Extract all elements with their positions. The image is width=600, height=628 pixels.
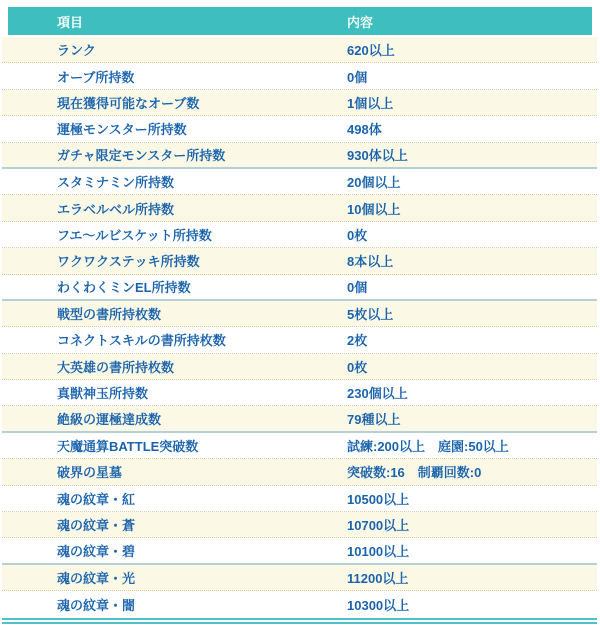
value-cell: 1個以上 (347, 93, 597, 112)
table-row: 現在獲得可能なオーブ数 1個以上 (2, 90, 597, 116)
value-cell: 79種以上 (347, 409, 597, 428)
item-cell: スタミナミン所持数 (2, 172, 347, 191)
item-cell: 魂の紋章・碧 (2, 541, 347, 560)
table-row: 魂の紋章・光 11200以上 (2, 565, 597, 591)
value-cell: 10300以上 (347, 595, 597, 614)
table-row: 絶級の運極達成数 79種以上 (2, 406, 597, 432)
value-cell: 2枚 (347, 330, 597, 349)
value-cell: 0枚 (347, 225, 597, 244)
value-cell: 620以上 (347, 40, 597, 59)
item-cell: 絶級の運極達成数 (2, 409, 347, 428)
table-row: 大英雄の書所持枚数 0枚 (2, 354, 597, 380)
table-row: 破界の星墓 突破数:16 制覇回数:0 (2, 459, 597, 485)
table-row: ワクワクステッキ所持数 8本以上 (2, 248, 597, 274)
item-cell: 真獣神玉所持数 (2, 383, 347, 402)
table-body: ランク 620以上 オーブ所持数 0個 現在獲得可能なオーブ数 1個以上 運極モ… (2, 37, 597, 624)
table-row: 魂の紋章・碧 10100以上 (2, 538, 597, 564)
value-cell: 0個 (347, 67, 597, 86)
stats-table: 項目 内容 ランク 620以上 オーブ所持数 0個 現在獲得可能なオーブ数 1個… (2, 7, 597, 624)
value-cell: 0個 (347, 277, 597, 296)
value-cell: 930体以上 (347, 145, 597, 164)
header-value-label: 内容 (347, 12, 592, 31)
table-row: 魂の紋章・紅 10500以上 (2, 486, 597, 512)
value-cell: 10100以上 (347, 541, 597, 560)
value-cell: 20個以上 (347, 172, 597, 191)
value-cell: 498体 (347, 119, 597, 138)
table-row: コネクトスキルの書所持枚数 2枚 (2, 327, 597, 353)
table-row: 運極モンスター所持数 498体 (2, 116, 597, 142)
value-cell: 突破数:16 制覇回数:0 (347, 462, 597, 481)
value-cell: 11200以上 (347, 568, 597, 587)
item-cell: エラベルベル所持数 (2, 199, 347, 218)
value-cell: 8本以上 (347, 251, 597, 270)
table-row: 魂の紋章・闇 10300以上 (2, 591, 597, 617)
item-cell: 運極モンスター所持数 (2, 119, 347, 138)
table-row: 天魔通算BATTLE突破数 試練:200以上 庭園:50以上 (2, 433, 597, 459)
table-header: 項目 内容 (8, 7, 592, 35)
table-row: スタミナミン所持数 20個以上 (2, 169, 597, 195)
table-row: ランク 620以上 (2, 37, 597, 63)
value-cell: 5枚以上 (347, 304, 597, 323)
item-cell: 破界の星墓 (2, 462, 347, 481)
item-cell: フエ～ルビスケット所持数 (2, 225, 347, 244)
value-cell: 試練:200以上 庭園:50以上 (347, 436, 597, 455)
value-cell: 10個以上 (347, 199, 597, 218)
header-item-label: 項目 (8, 12, 347, 31)
table-row: 戦型の書所持枚数 5枚以上 (2, 301, 597, 327)
item-cell: 天魔通算BATTLE突破数 (2, 436, 347, 455)
table-row: 魂の紋章・蒼 10700以上 (2, 512, 597, 538)
item-cell: わくわくミンEL所持数 (2, 277, 347, 296)
table-row: エラベルベル所持数 10個以上 (2, 195, 597, 221)
item-cell: 魂の紋章・光 (2, 568, 347, 587)
table-row: 真獣神玉所持数 230個以上 (2, 380, 597, 406)
item-cell: オーブ所持数 (2, 67, 347, 86)
item-cell: 魂の紋章・蒼 (2, 515, 347, 534)
table-row: フエ～ルビスケット所持数 0枚 (2, 222, 597, 248)
item-cell: 現在獲得可能なオーブ数 (2, 93, 347, 112)
item-cell: ガチャ限定モンスター所持数 (2, 145, 347, 164)
table-row: オーブ所持数 0個 (2, 63, 597, 89)
item-cell: 魂の紋章・闇 (2, 595, 347, 614)
value-cell: 10500以上 (347, 489, 597, 508)
value-cell: 230個以上 (347, 383, 597, 402)
item-cell: コネクトスキルの書所持枚数 (2, 330, 347, 349)
table-row: ガチャ限定モンスター所持数 930体以上 (2, 143, 597, 169)
table-row: わくわくミンEL所持数 0個 (2, 275, 597, 301)
value-cell: 10700以上 (347, 515, 597, 534)
value-cell: 0枚 (347, 357, 597, 376)
item-cell: ワクワクステッキ所持数 (2, 251, 347, 270)
item-cell: 大英雄の書所持枚数 (2, 357, 347, 376)
item-cell: ランク (2, 40, 347, 59)
item-cell: 戦型の書所持枚数 (2, 304, 347, 323)
item-cell: 魂の紋章・紅 (2, 489, 347, 508)
